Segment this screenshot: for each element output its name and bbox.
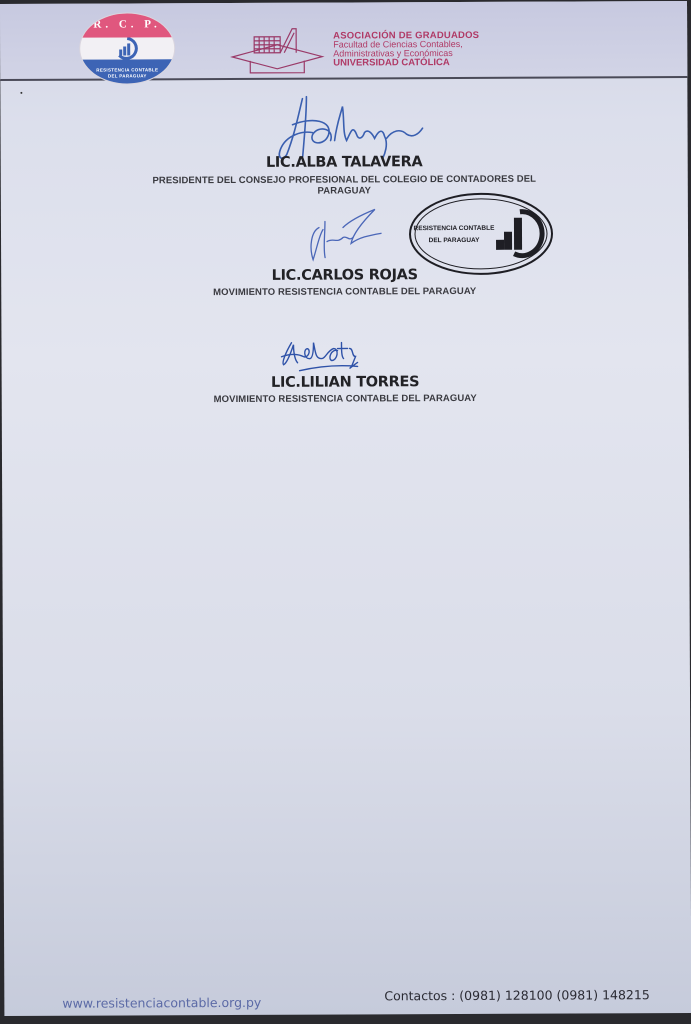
signatory-name: LIC.ALBA TALAVERA [1,153,688,172]
stamp-text-line1: RESISTENCIA CONTABLE [414,225,496,232]
footer-website-link[interactable]: www.resistenciacontable.org.py [62,995,261,1011]
signature-carlos-rojas [303,207,383,267]
signatory-3: LIC.LILIAN TORRES MOVIMIENTO RESISTENCIA… [2,373,689,406]
association-name: ASOCIACIÓN DE GRADUADOS Facultad de Cien… [333,31,479,68]
signatory-name: LIC.CARLOS ROJAS [1,266,688,285]
footer-contacts: Contactos : (0981) 128100 (0981) 148215 [384,987,650,1003]
rcp-logo-letters: R. C. P. [80,18,174,30]
graduation-cap-building-icon [230,27,325,77]
signatory-name: LIC.LILIAN TORRES [2,373,689,392]
signatory-1: LIC.ALBA TALAVERA PRESIDENTE DEL CONSEJO… [1,153,688,198]
signature-lilian-torres [277,336,367,374]
bar-chart-icon [113,37,141,59]
rcp-logo-subtitle-2: DEL PARAGUAY [80,73,174,79]
signatory-role: MOVIMIENTO RESISTENCIA CONTABLE DEL PARA… [1,285,688,299]
document-page: R. C. P. RESISTENCIA CONTABLE DEL PARAGU… [0,1,691,1016]
paper-speck [20,92,22,94]
signatory-role-cont: PARAGUAY [1,184,688,198]
rcp-logo: R. C. P. RESISTENCIA CONTABLE DEL PARAGU… [80,13,174,83]
signatory-role: MOVIMIENTO RESISTENCIA CONTABLE DEL PARA… [2,392,689,406]
stamp-text-line2: DEL PARAGUAY [429,237,481,244]
signatory-2: LIC.CARLOS ROJAS MOVIMIENTO RESISTENCIA … [1,266,688,299]
organization-stamp: RESISTENCIA CONTABLE DEL PARAGUAY [408,192,554,277]
